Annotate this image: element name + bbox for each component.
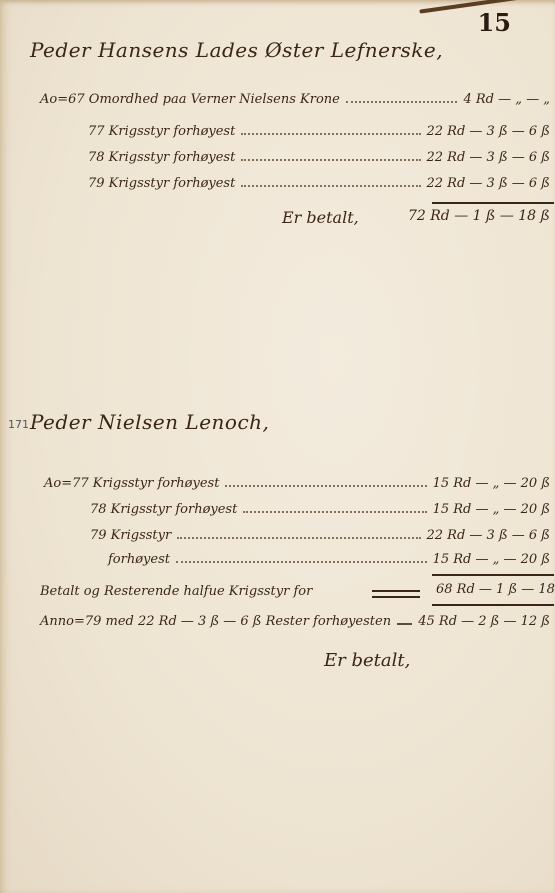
manuscript-page: 15 171 Peder Hansens Lades Øster Lefners…	[0, 0, 555, 893]
decorative-pen-stroke	[419, 0, 528, 14]
entry-1-lines: Ao=67 Omordhed paa Verner Nielsens Krone…	[40, 92, 550, 107]
ledger-line: 79 Krigsstyr 22 Rd — 3 ß — 6 ß	[90, 528, 550, 543]
entry-2-subtotal-amount: 68 Rd — 1 ß — 18 ß	[436, 582, 555, 597]
sum-rule	[432, 574, 554, 576]
leader-dots	[177, 537, 420, 539]
entry-1-total-amount: 72 Rd — 1 ß — 18 ß	[408, 208, 550, 224]
ledger-line: Ao=77 Krigsstyr forhøyest 15 Rd — „ — 20…	[44, 476, 550, 491]
entry-1-heading-text: Peder Hansens Lades Øster Lefnerske,	[30, 38, 443, 62]
ledger-line: 77 Krigsstyr forhøyest 22 Rd — 3 ß — 6 ß	[88, 124, 550, 139]
entry-2-total-label: Er betalt,	[324, 650, 410, 671]
ledger-line: Anno=79 med 22 Rd — 3 ß — 6 ß Rester for…	[40, 614, 550, 629]
entry-2-note-line-1: Betalt og Resterende halfue Krigsstyr fo…	[40, 584, 312, 599]
leader-dots	[241, 185, 420, 187]
leader-dots	[241, 133, 420, 135]
ledger-line: 78 Krigsstyr forhøyest 15 Rd — „ — 20 ß	[90, 502, 550, 517]
folio-number: 15	[478, 8, 511, 37]
leader-dots	[225, 485, 426, 487]
entry-1-heading: Peder Hansens Lades Øster Lefnerske,	[30, 38, 443, 62]
equals-rule	[372, 590, 420, 592]
entry-1-total-label: Er betalt,	[282, 208, 359, 227]
sum-rule	[432, 604, 554, 606]
entry-2-heading: Peder Nielsen Lenoch,	[30, 410, 269, 434]
leader-dash	[397, 623, 412, 625]
ledger-line: Ao=67 Omordhed paa Verner Nielsens Krone…	[40, 92, 550, 107]
margin-note: 171	[8, 418, 29, 431]
leader-dots	[241, 159, 420, 161]
ledger-line: 78 Krigsstyr forhøyest 22 Rd — 3 ß — 6 ß	[88, 150, 550, 165]
leader-dots	[176, 561, 427, 563]
equals-rule	[372, 596, 420, 598]
ledger-line: 79 Krigsstyr forhøyest 22 Rd — 3 ß — 6 ß	[88, 176, 550, 191]
entry-2-heading-text: Peder Nielsen Lenoch,	[30, 410, 269, 434]
leader-dots	[346, 101, 458, 103]
ledger-line: forhøyest 15 Rd — „ — 20 ß	[108, 552, 550, 567]
leader-dots	[243, 511, 426, 513]
sum-rule	[432, 202, 554, 204]
